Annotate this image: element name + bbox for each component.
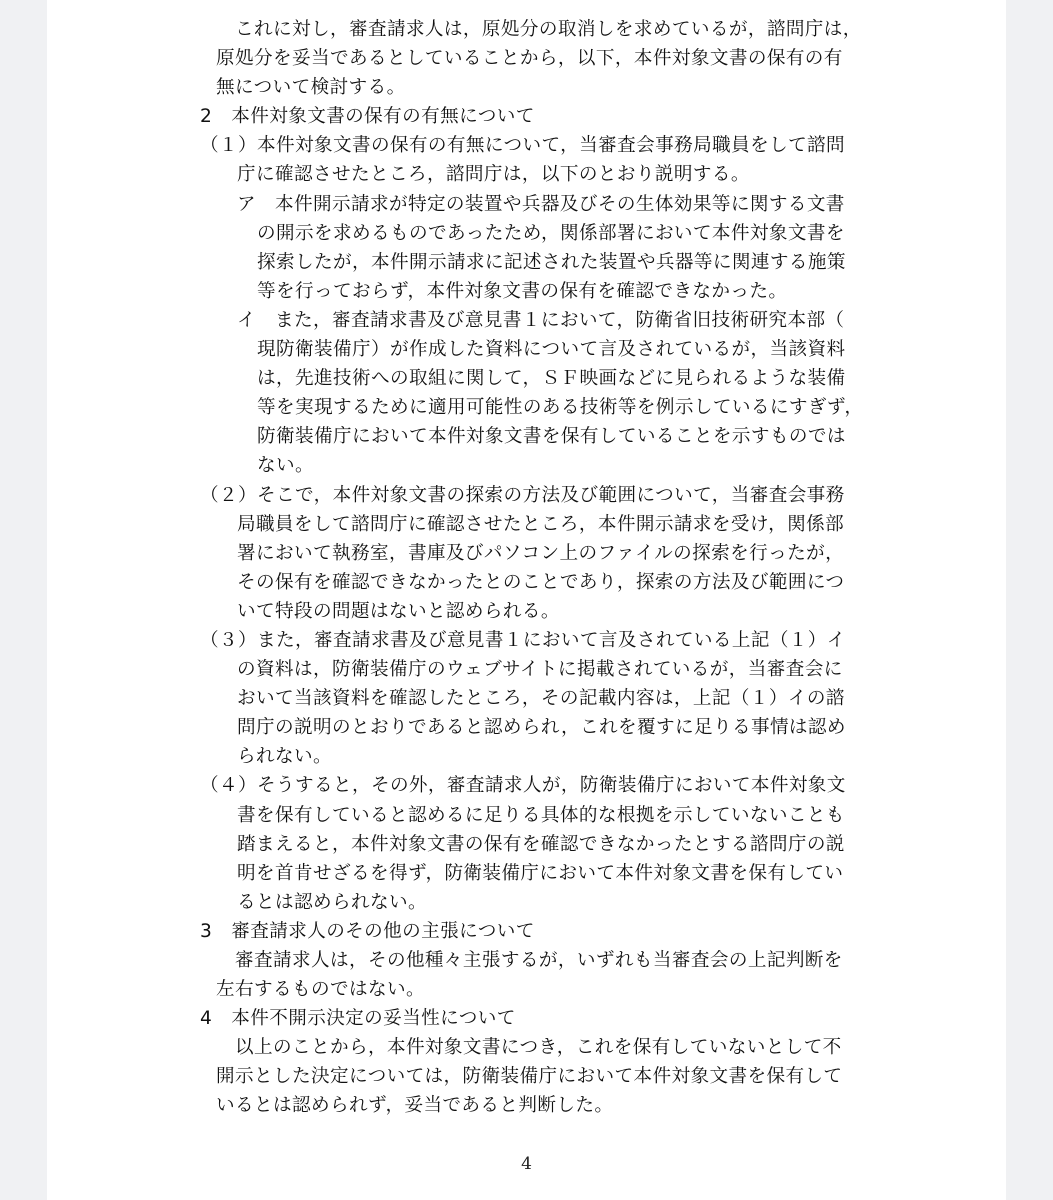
text-line: 等を実現するために適用可能性のある技術等を例示しているにすぎず， xyxy=(200,393,890,422)
text-line: 開示とした決定については，防衛装備庁において本件対象文書を保有して xyxy=(200,1062,890,1091)
section-2: 2 本件対象文書の保有の有無について （１）本件対象文書の保有の有無について，当… xyxy=(200,102,890,917)
text-line: 署において執務室，書庫及びパソコン上のファイルの探索を行ったが， xyxy=(200,539,890,568)
text-line: 以上のことから，本件対象文書につき，これを保有していないとして不 xyxy=(200,1033,890,1062)
section-heading: 4 本件不開示決定の妥当性について xyxy=(200,1004,890,1033)
sub-item-a: ア 本件開示請求が特定の装置や兵器及びその生体効果等に関する文書 の開示を求める… xyxy=(200,190,890,306)
text-line: 書を保有していると認めるに足りる具体的な根拠を示していないことも xyxy=(200,801,890,830)
text-line: 原処分を妥当であるとしていることから，以下，本件対象文書の保有の有 xyxy=(200,44,890,73)
sub-item-i: イ また，審査請求書及び意見書１において，防衛省旧技術研究本部（ 現防衛装備庁）… xyxy=(200,306,890,481)
text-line: 防衛装備庁において本件対象文書を保有していることを示すものでは xyxy=(200,422,890,451)
text-line: 問庁の説明のとおりであると認められ，これを覆すに足りる事情は認め xyxy=(200,713,890,742)
text-line: は，先進技術への取組に関して，ＳＦ映画などに見られるような装備 xyxy=(200,364,890,393)
intro-paragraph: これに対し，審査請求人は，原処分の取消しを求めているが，諮問庁は， 原処分を妥当… xyxy=(200,15,890,102)
section-4: 4 本件不開示決定の妥当性について 以上のことから，本件対象文書につき，これを保… xyxy=(200,1004,890,1120)
text-line: 探索したが，本件開示請求に記述された装置や兵器等に関連する施策 xyxy=(200,248,890,277)
text-line: 庁に確認させたところ，諮問庁は，以下のとおり説明する。 xyxy=(200,160,890,189)
text-line: 審査請求人は，その他種々主張するが，いずれも当審査会の上記判断を xyxy=(200,946,890,975)
text-line: 現防衛装備庁）が作成した資料について言及されているが，当該資料 xyxy=(200,335,890,364)
document-page: これに対し，審査請求人は，原処分の取消しを求めているが，諮問庁は， 原処分を妥当… xyxy=(47,0,1006,1200)
text-line: 明を首肯せざるを得ず，防衛装備庁において本件対象文書を保有してい xyxy=(200,859,890,888)
text-line: の開示を求めるものであったため，関係部署において本件対象文書を xyxy=(200,219,890,248)
text-line: ない。 xyxy=(200,451,890,480)
text-line: るとは認められない。 xyxy=(200,888,890,917)
text-line: いるとは認められず，妥当であると判断した。 xyxy=(200,1091,890,1120)
text-line: その保有を確認できなかったとのことであり，探索の方法及び範囲につ xyxy=(200,568,890,597)
section-3: 3 審査請求人のその他の主張について 審査請求人は，その他種々主張するが，いずれ… xyxy=(200,917,890,1004)
text-line: （２）そこで，本件対象文書の探索の方法及び範囲について，当審査会事務 xyxy=(200,481,890,510)
text-line: の資料は，防衛装備庁のウェブサイトに掲載されているが，当審査会に xyxy=(200,655,890,684)
document-body: これに対し，審査請求人は，原処分の取消しを求めているが，諮問庁は， 原処分を妥当… xyxy=(200,15,890,1121)
page-number: 4 xyxy=(47,1154,1006,1174)
text-line: 踏まえると，本件対象文書の保有を確認できなかったとする諮問庁の説 xyxy=(200,830,890,859)
text-line: （３）また，審査請求書及び意見書１において言及されている上記（１）イ xyxy=(200,626,890,655)
text-line: （１）本件対象文書の保有の有無について，当審査会事務局職員をして諮問 xyxy=(200,131,890,160)
section-heading: 2 本件対象文書の保有の有無について xyxy=(200,102,890,131)
text-line: これに対し，審査請求人は，原処分の取消しを求めているが，諮問庁は， xyxy=(200,15,890,44)
text-line: イ また，審査請求書及び意見書１において，防衛省旧技術研究本部（ xyxy=(200,306,890,335)
item-4: （４）そうすると，その外，審査請求人が，防衛装備庁において本件対象文 書を保有し… xyxy=(200,771,890,916)
text-line: おいて当該資料を確認したところ，その記載内容は，上記（１）イの諮 xyxy=(200,684,890,713)
section-heading: 3 審査請求人のその他の主張について xyxy=(200,917,890,946)
item-3: （３）また，審査請求書及び意見書１において言及されている上記（１）イ の資料は，… xyxy=(200,626,890,771)
text-line: （４）そうすると，その外，審査請求人が，防衛装備庁において本件対象文 xyxy=(200,771,890,800)
text-line: 無について検討する。 xyxy=(200,73,890,102)
text-line: いて特段の問題はないと認められる。 xyxy=(200,597,890,626)
text-line: られない。 xyxy=(200,742,890,771)
text-line: 左右するものではない。 xyxy=(200,975,890,1004)
item-2: （２）そこで，本件対象文書の探索の方法及び範囲について，当審査会事務 局職員をし… xyxy=(200,481,890,626)
text-line: 局職員をして諮問庁に確認させたところ，本件開示請求を受け，関係部 xyxy=(200,510,890,539)
item-1: （１）本件対象文書の保有の有無について，当審査会事務局職員をして諮問 庁に確認さ… xyxy=(200,131,890,480)
text-line: ア 本件開示請求が特定の装置や兵器及びその生体効果等に関する文書 xyxy=(200,190,890,219)
text-line: 等を行っておらず，本件対象文書の保有を確認できなかった。 xyxy=(200,277,890,306)
